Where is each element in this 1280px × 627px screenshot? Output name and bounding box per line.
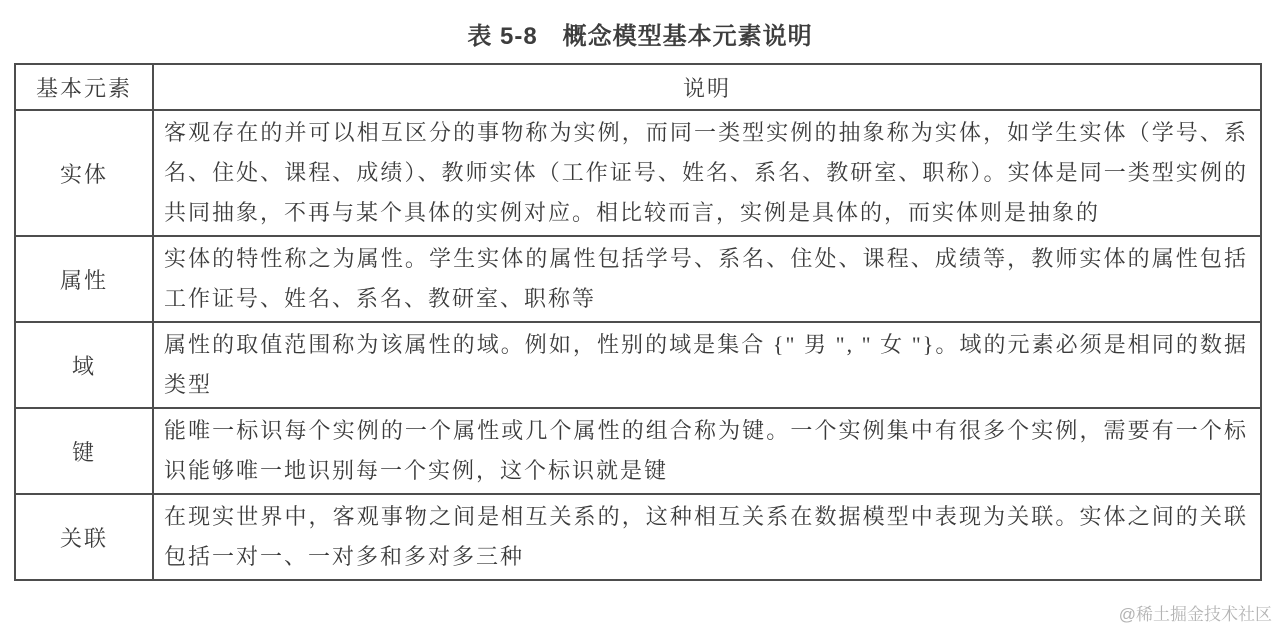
table-row: 属性 实体的特性称之为属性。学生实体的属性包括学号、系名、住处、课程、成绩等，教… xyxy=(15,236,1261,322)
description-cell-attribute: 实体的特性称之为属性。学生实体的属性包括学号、系名、住处、课程、成绩等，教师实体… xyxy=(153,236,1261,322)
table-row: 关联 在现实世界中，客观事物之间是相互关系的，这种相互关系在数据模型中表现为关联… xyxy=(15,494,1261,580)
page-title: 表 5-8 概念模型基本元素说明 xyxy=(0,0,1280,63)
table-row: 键 能唯一标识每个实例的一个属性或几个属性的组合称为键。一个实例集中有很多个实例… xyxy=(15,408,1261,494)
element-cell-association: 关联 xyxy=(15,494,153,580)
header-cell-description: 说明 xyxy=(153,64,1261,110)
watermark: @稀土掘金技术社区 xyxy=(1119,600,1272,625)
concept-model-table: 基本元素 说明 实体 客观存在的并可以相互区分的事物称为实例，而同一类型实例的抽… xyxy=(14,63,1262,581)
header-cell-element: 基本元素 xyxy=(15,64,153,110)
element-cell-key: 键 xyxy=(15,408,153,494)
element-cell-domain: 域 xyxy=(15,322,153,408)
description-cell-entity: 客观存在的并可以相互区分的事物称为实例，而同一类型实例的抽象称为实体，如学生实体… xyxy=(153,110,1261,236)
description-cell-key: 能唯一标识每个实例的一个属性或几个属性的组合称为键。一个实例集中有很多个实例，需… xyxy=(153,408,1261,494)
table-row: 域 属性的取值范围称为该属性的域。例如，性别的域是集合 {" 男 ", " 女 … xyxy=(15,322,1261,408)
table-header-row: 基本元素 说明 xyxy=(15,64,1261,110)
element-cell-entity: 实体 xyxy=(15,110,153,236)
element-cell-attribute: 属性 xyxy=(15,236,153,322)
description-cell-domain: 属性的取值范围称为该属性的域。例如，性别的域是集合 {" 男 ", " 女 "}… xyxy=(153,322,1261,408)
table-row: 实体 客观存在的并可以相互区分的事物称为实例，而同一类型实例的抽象称为实体，如学… xyxy=(15,110,1261,236)
description-cell-association: 在现实世界中，客观事物之间是相互关系的，这种相互关系在数据模型中表现为关联。实体… xyxy=(153,494,1261,580)
